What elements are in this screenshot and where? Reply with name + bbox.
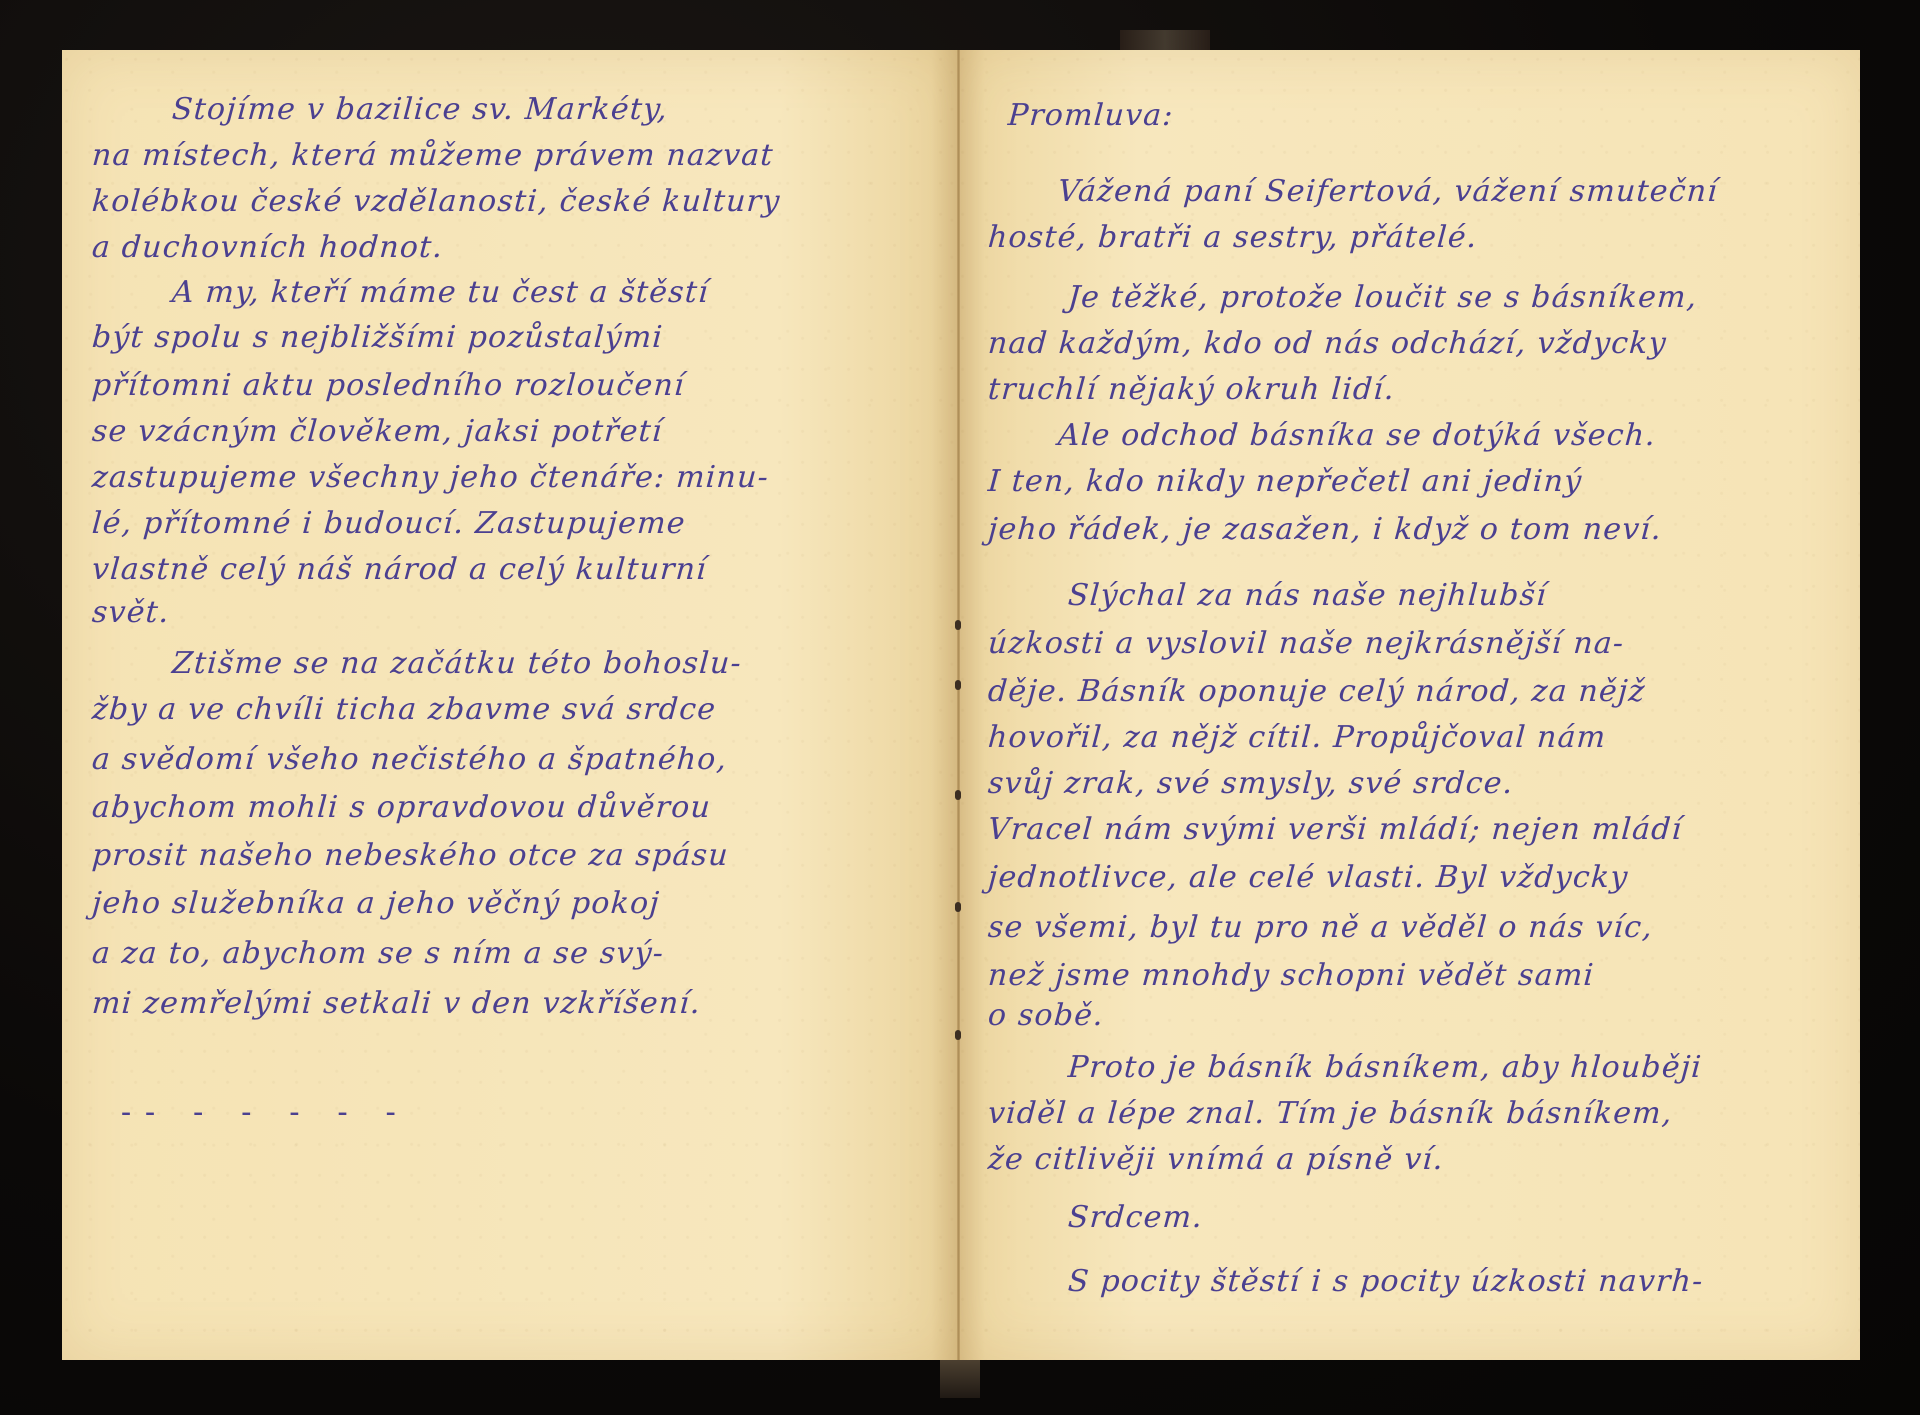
handwritten-line: kolébkou české vzdělanosti, české kultur… xyxy=(91,184,782,219)
stitch-hole xyxy=(955,620,961,630)
handwritten-line: jednotlivce, ale celé vlasti. Byl vždyck… xyxy=(987,860,1630,895)
handwritten-line: žby a ve chvíli ticha zbavme svá srdce xyxy=(91,692,718,727)
handwritten-line: mi zemřelými setkali v den vzkříšení. xyxy=(91,986,702,1021)
handwritten-line: hovořil, za nějž cítil. Propůjčoval nám xyxy=(987,720,1608,755)
spine-fold xyxy=(957,50,960,1360)
handwritten-line: na místech, která můžeme právem nazvat xyxy=(91,138,775,173)
dashed-separator: -- - - - - - xyxy=(117,1095,406,1130)
handwritten-line: prosit našeho nebeského otce za spásu xyxy=(91,838,730,873)
handwritten-line: že citlivěji vnímá a písně ví. xyxy=(987,1142,1445,1177)
handwritten-line: o sobě. xyxy=(987,998,1105,1033)
handwritten-line: se vzácným člověkem, jaksi potřetí xyxy=(91,414,664,449)
handwritten-line: svůj zrak, své smysly, své srdce. xyxy=(987,766,1515,801)
handwritten-line: Stojíme v bazilice sv. Markéty, xyxy=(171,92,670,127)
handwritten-line: Ale odchod básníka se dotýká všech. xyxy=(1057,418,1658,453)
cover-edge-bottom xyxy=(940,1358,980,1398)
handwritten-line: Vracel nám svými verši mládí; nejen mlád… xyxy=(987,812,1684,847)
handwritten-line: než jsme mnohdy schopni vědět sami xyxy=(987,958,1596,993)
handwritten-line: a za to, abychom se s ním a se svý- xyxy=(91,936,666,971)
handwritten-line: nad každým, kdo od nás odchází, vždycky xyxy=(987,326,1668,361)
handwritten-line: a duchovních hodnot. xyxy=(91,230,445,265)
handwritten-line: Slýchal za nás naše nejhlubší xyxy=(1067,578,1549,613)
handwritten-line: I ten, kdo nikdy nepřečetl ani jediný xyxy=(987,464,1584,499)
handwritten-line: být spolu s nejbližšími pozůstalými xyxy=(91,320,665,355)
handwritten-line: abychom mohli s opravdovou důvěrou xyxy=(91,790,712,825)
handwritten-line: jeho řádek, je zasažen, i když o tom nev… xyxy=(987,512,1663,547)
stitch-hole xyxy=(955,1030,961,1040)
handwritten-line: A my, kteří máme tu čest a štěstí xyxy=(171,275,710,310)
cover-edge-top xyxy=(1120,30,1210,52)
handwritten-line: děje. Básník oponuje celý národ, za nějž xyxy=(987,674,1647,709)
handwritten-line: a svědomí všeho nečistého a špatného, xyxy=(91,742,729,777)
handwritten-line: truchlí nějaký okruh lidí. xyxy=(987,372,1396,407)
stitch-hole xyxy=(955,902,961,912)
right-page: Promluva:Vážená paní Seifertová, vážení … xyxy=(958,50,1860,1360)
handwritten-line: Vážená paní Seifertová, vážení smuteční xyxy=(1057,174,1720,209)
handwritten-line: Srdcem. xyxy=(1067,1200,1204,1235)
left-page: Stojíme v bazilice sv. Markéty,na místec… xyxy=(62,50,958,1360)
notebook-spread: Stojíme v bazilice sv. Markéty,na místec… xyxy=(62,50,1860,1360)
handwritten-line: zastupujeme všechny jeho čtenáře: minu- xyxy=(91,460,770,495)
handwritten-line: hosté, bratři a sestry, přátelé. xyxy=(987,220,1479,255)
handwritten-line: přítomni aktu posledního rozloučení xyxy=(91,368,686,403)
handwritten-line: Ztišme se na začátku této bohoslu- xyxy=(171,646,743,681)
handwritten-line: svět. xyxy=(91,595,171,630)
handwritten-line: Promluva: xyxy=(1007,98,1175,133)
handwritten-line: jeho služebníka a jeho věčný pokoj xyxy=(91,886,661,921)
handwritten-line: Je těžké, protože loučit se s básníkem, xyxy=(1067,280,1699,315)
handwritten-line: vlastně celý náš národ a celý kulturní xyxy=(91,552,708,587)
handwritten-line: Proto je básník básníkem, aby hlouběji xyxy=(1067,1050,1704,1085)
handwritten-line: viděl a lépe znal. Tím je básník básníke… xyxy=(987,1096,1674,1131)
stitch-hole xyxy=(955,790,961,800)
handwritten-line: lé, přítomné i budoucí. Zastupujeme xyxy=(91,506,687,541)
stitch-hole xyxy=(955,680,961,690)
handwritten-line: S pocity štěstí i s pocity úzkosti navrh… xyxy=(1067,1264,1705,1299)
handwritten-line: se všemi, byl tu pro ně a věděl o nás ví… xyxy=(987,910,1655,945)
handwritten-line: úzkosti a vyslovil naše nejkrásnější na- xyxy=(987,626,1626,661)
